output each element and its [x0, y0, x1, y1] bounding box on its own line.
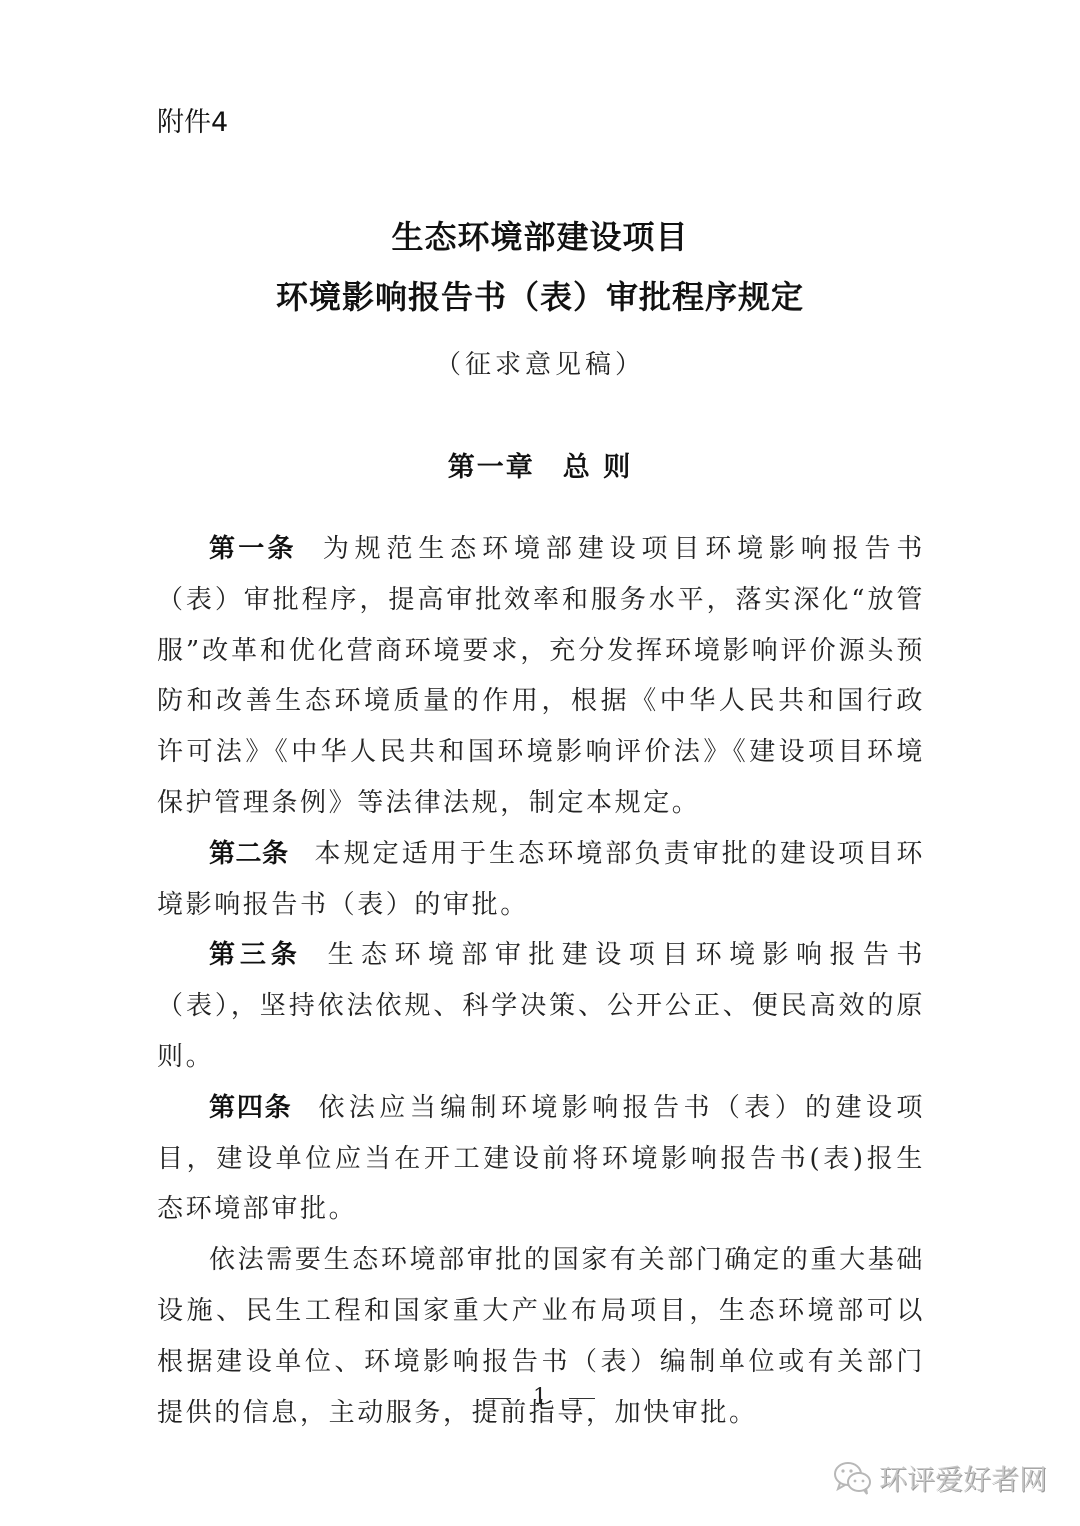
chapter-heading: 第一章总 则 — [0, 446, 1080, 490]
attachment-label: 附件4 — [157, 103, 228, 143]
article-number: 第二条 — [209, 839, 288, 869]
document-title-line1: 生态环境部建设项目 — [0, 214, 1080, 260]
article-1: 第一条为规范生态环境部建设项目环境影响报告书（表）审批程序，提高审批效率和服务水… — [157, 524, 925, 829]
watermark-text: 环评爱好者网 — [879, 1458, 1047, 1498]
article-number: 第四条 — [209, 1093, 292, 1123]
dash-right — [569, 1398, 595, 1399]
article-2: 第二条本规定适用于生态环境部负责审批的建设项目环境影响报告书（表）的审批。 — [157, 829, 925, 931]
watermark: 环评爱好者网 — [833, 1456, 1047, 1500]
article-4: 第四条依法应当编制环境影响报告书（表）的建设项目，建设单位应当在开工建设前将环境… — [157, 1083, 925, 1235]
chapter-name: 总 则 — [563, 452, 632, 483]
dash-left — [485, 1398, 511, 1399]
article-number: 第三条 — [209, 940, 302, 970]
document-title-line2: 环境影响报告书（表）审批程序规定 — [0, 274, 1080, 320]
document-page: 附件4 生态环境部建设项目 环境影响报告书（表）审批程序规定 （征求意见稿） 第… — [0, 0, 1080, 1526]
article-3: 第三条生态环境部审批建设项目环境影响报告书（表），坚持依法依规、科学决策、公开公… — [157, 930, 925, 1082]
wechat-icon — [833, 1460, 873, 1496]
page-number-value: 1 — [533, 1385, 547, 1410]
article-number: 第一条 — [209, 534, 297, 564]
article-text: 为规范生态环境部建设项目环境影响报告书（表）审批程序，提高审批效率和服务水平，落… — [157, 534, 925, 818]
draft-subtitle: （征求意见稿） — [0, 345, 1080, 385]
document-body: 第一条为规范生态环境部建设项目环境影响报告书（表）审批程序，提高审批效率和服务水… — [157, 524, 925, 1438]
chapter-number: 第一章 — [448, 452, 535, 483]
page-number: 1 — [0, 1378, 1080, 1418]
